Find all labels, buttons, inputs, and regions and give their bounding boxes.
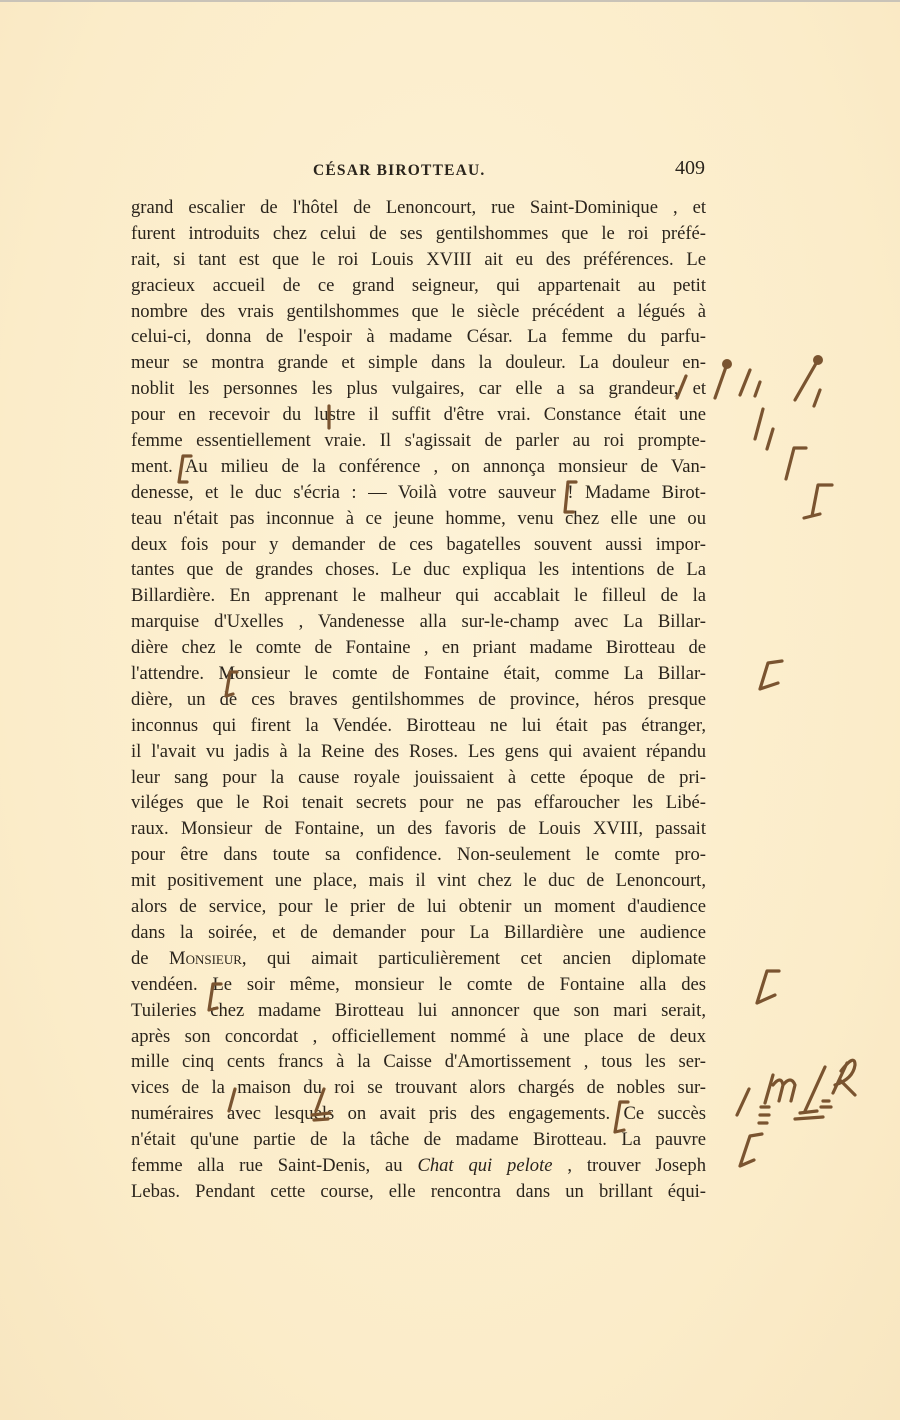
text-line: il l'avait vu jadis à la Reine des Roses… <box>131 739 706 765</box>
running-title: CÉSAR BIROTTEAU. <box>313 162 486 180</box>
text-line: nombre des vrais gentilshommes que le si… <box>131 299 706 325</box>
text-line: femme alla rue Saint-Denis, au Chat qui … <box>131 1153 706 1179</box>
margin-note-m-r <box>725 1045 865 1135</box>
text-line: mille cinq cents francs à la Caisse d'Am… <box>131 1049 706 1075</box>
text-line: mit positivement une place, mais il vint… <box>131 868 706 894</box>
text-line: meur se montra grande et simple dans la … <box>131 350 706 376</box>
body-text: grand escalier de l'hôtel de Lenoncourt,… <box>131 195 706 1205</box>
text-line: viléges que le Roi tenait secrets pour n… <box>131 790 706 816</box>
text-line: alors de service, pour le prier de lui o… <box>131 894 706 920</box>
text-line: denesse, et le duc s'écria : — Voilà vot… <box>131 480 706 506</box>
text-run: femme alla rue Saint-Denis, au <box>131 1155 417 1176</box>
inline-slash-mark <box>225 1085 239 1115</box>
inline-bracket-mark <box>205 980 225 1016</box>
text-line: inconnus qui firent la Vendée. Birotteau… <box>131 713 706 739</box>
text-line: gracieux accueil de ce grand seigneur, q… <box>131 273 706 299</box>
text-line: femme essentiellement vraie. Il s'agissa… <box>131 428 706 454</box>
text-run: , trouver Joseph <box>553 1155 707 1176</box>
text-line: dans la soirée, et de demander pour La B… <box>131 920 706 946</box>
inline-bracket-mark <box>560 478 580 518</box>
inline-bracket-mark <box>610 1098 632 1138</box>
margin-note-bracket <box>748 655 788 695</box>
text-line: Lebas. Pendant cette course, elle rencon… <box>131 1179 706 1205</box>
page-header: CÉSAR BIROTTEAU. 409 <box>130 155 705 185</box>
text-line: l'attendre. Monsieur le comte de Fontain… <box>131 661 706 687</box>
text-line: ment. Au milieu de la conférence , on an… <box>131 454 706 480</box>
text-line: deux fois pour y demander de ces bagatel… <box>131 532 706 558</box>
inline-slash-mark <box>672 372 692 402</box>
text-line: dière, un de ces braves gentilshommes de… <box>131 687 706 713</box>
text-line: tantes que de grandes choses. Le duc exp… <box>131 557 706 583</box>
page-number: 409 <box>675 157 705 180</box>
text-line: après son concordat , officiellement nom… <box>131 1024 706 1050</box>
text-line: de Monsieur, qui aimait particulièrement… <box>131 946 706 972</box>
text-line: teau n'était pas inconnue à ce jeune hom… <box>131 506 706 532</box>
text-line: grand escalier de l'hôtel de Lenoncourt,… <box>131 195 706 221</box>
margin-note-bracket <box>728 1128 768 1173</box>
text-line: furent introduits chez celui de ses gent… <box>131 221 706 247</box>
inline-delete-mark <box>310 1085 334 1125</box>
text-line: noblit les personnes les plus vulgaires,… <box>131 376 706 402</box>
margin-note-bracket <box>780 443 810 483</box>
text-run: , qui aimait particulièrement cet ancien… <box>242 948 706 969</box>
inline-bar-mark <box>325 402 335 432</box>
scan-edge <box>0 0 900 2</box>
text-line: Billardière. En apprenant le malheur qui… <box>131 583 706 609</box>
text-line: pour en recevoir du lustre il suffit d'ê… <box>131 402 706 428</box>
text-line: celui-ci, donna de l'espoir à madame Cés… <box>131 324 706 350</box>
inline-bracket-mark <box>175 452 195 488</box>
margin-note-bracket <box>800 480 835 525</box>
text-line: rait, si tant est que le roi Louis XVIII… <box>131 247 706 273</box>
italic-shop-name: Chat qui pelote <box>417 1155 552 1176</box>
inline-bracket-mark <box>222 668 242 702</box>
text-line: leur sang pour la cause royale jouissaie… <box>131 765 706 791</box>
text-line: marquise d'Uxelles , Vandenesse alla sur… <box>131 609 706 635</box>
smallcaps-monsieur: Monsieur <box>169 948 242 969</box>
margin-note-bracket <box>745 965 785 1007</box>
text-line: pour être dans toute sa confidence. Non-… <box>131 842 706 868</box>
text-run: de <box>131 948 169 969</box>
text-line: raux. Monsieur de Fontaine, un des favor… <box>131 816 706 842</box>
margin-note-slashes <box>745 405 785 455</box>
text-line: dière chez le comte de Fontaine , en pri… <box>131 635 706 661</box>
